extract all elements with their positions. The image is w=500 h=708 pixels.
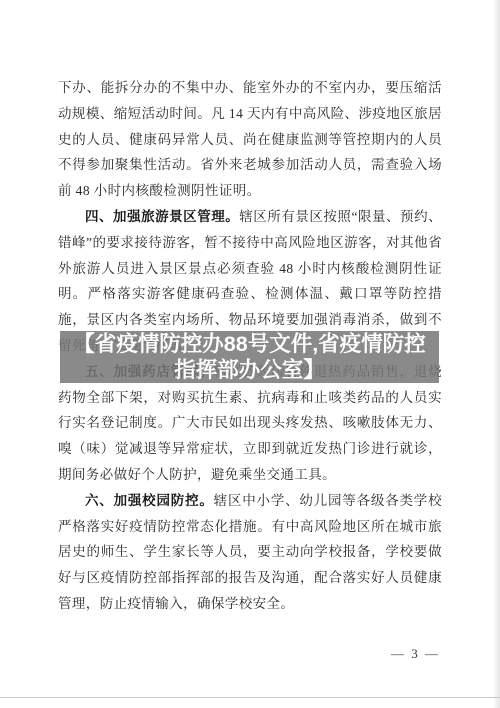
- overlay-caption-banner: 【省疫情防控办88号文件,省疫情防控 指挥部办公室】: [60, 331, 439, 383]
- paragraph-text: 下办、能拆分办的不集中办、能室外办的不室内办，要压缩活动规模、缩短活动时间。凡 …: [58, 80, 442, 198]
- section-heading-6: 六、加强校园防控。: [85, 493, 214, 508]
- paragraph-section-6: 六、加强校园防控。辖区中小学、幼儿园等各级各类学校严格落实好疫情防控常态化措施。…: [58, 488, 442, 617]
- page-number: — 3 —: [391, 646, 440, 662]
- scan-line-bottom-edge: [0, 697, 500, 698]
- paragraph-continuation: 下办、能拆分办的不集中办、能室外办的不室内办，要压缩活动规模、缩短活动时间。凡 …: [58, 75, 442, 204]
- caption-line-2: 指挥部办公室】: [174, 357, 325, 383]
- document-page: 下办、能拆分办的不集中办、能室外办的不室内办，要压缩活动规模、缩短活动时间。凡 …: [0, 0, 500, 708]
- paragraph-text: 辖区中小学、幼儿园等各级各类学校严格落实好疫情防控常态化措施。有中高风险地区所在…: [58, 493, 442, 611]
- scan-shadow-right-edge: [493, 0, 500, 708]
- caption-line-1: 【省疫情防控办88号文件,省疫情防控: [73, 331, 425, 357]
- section-heading-4: 四、加强旅游景区管理。: [85, 209, 239, 224]
